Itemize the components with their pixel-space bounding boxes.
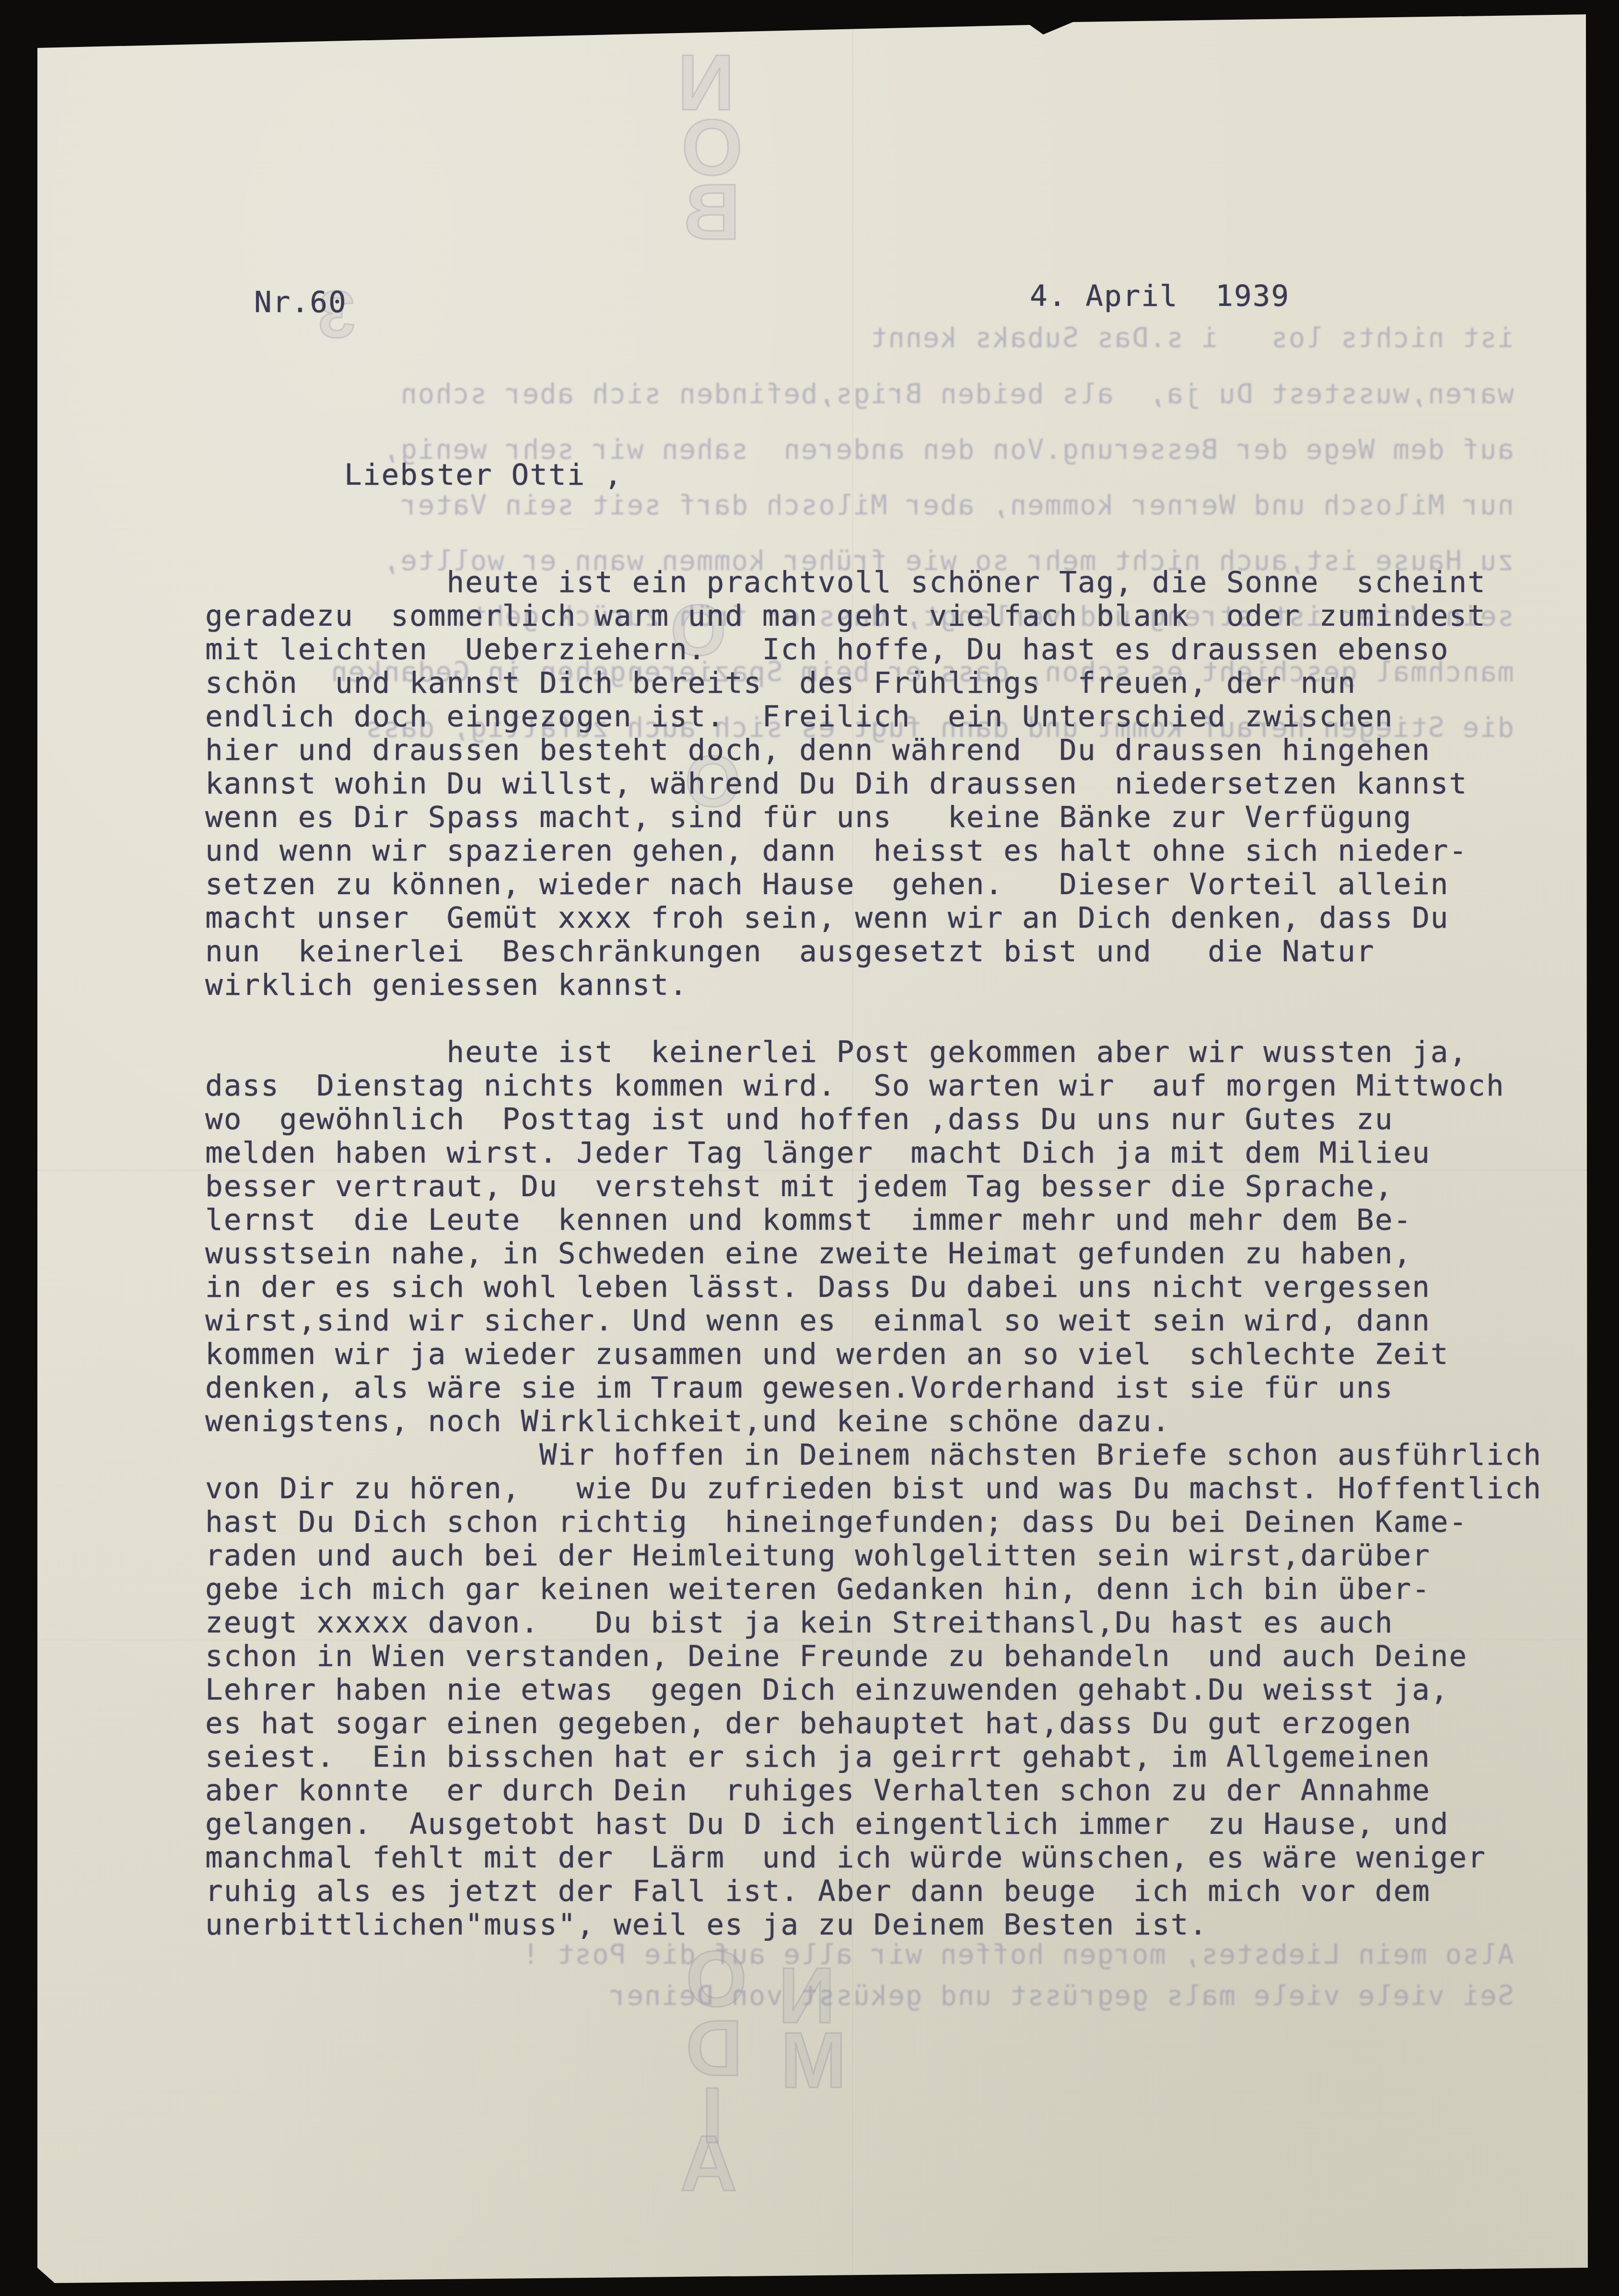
letter-line: schön und kannst Dich bereits des Frühli…: [205, 666, 1509, 700]
letter-line: nun keinerlei Beschränkungen ausgesetzt …: [205, 935, 1509, 968]
bleedthrough-line: Also mein Liebstes, morgen hoffen wir al…: [176, 1938, 1514, 1971]
letter-line: ruhig als es jetzt der Fall ist. Aber da…: [205, 1875, 1509, 1908]
letter-line: geradezu sommerlich warm und man geht vi…: [205, 599, 1509, 633]
letter-line: in der es sich wohl leben lässt. Dass Du…: [205, 1270, 1509, 1304]
letter-line: raden und auch bei der Heimleitung wohlg…: [205, 1539, 1509, 1573]
letter-paragraph: heute ist ein prachtvoll schöner Tag, di…: [205, 566, 1509, 1002]
letter-line: wirst,sind wir sicher. Und wenn es einma…: [205, 1304, 1509, 1338]
letter-line: wenn es Dir Spass macht, sind für uns ke…: [205, 801, 1509, 834]
bleedthrough-line: ist nichts los i s.Das Subaks kennt: [176, 321, 1514, 355]
letter-line: heute ist keinerlei Post gekommen aber w…: [205, 1036, 1509, 1069]
letter-line: kommen wir ja wieder zusammen und werden…: [205, 1338, 1509, 1371]
letter-line: unerbittlichen"muss", weil es ja zu Dein…: [205, 1908, 1509, 1942]
letter-line: es hat sogar einen gegeben, der behaupte…: [205, 1707, 1509, 1740]
letter-number: Nr.60: [254, 285, 347, 319]
letter-line: heute ist ein prachtvoll schöner Tag, di…: [205, 566, 1509, 599]
salutation: Liebster Otti ,: [344, 458, 623, 492]
letter-line: lernst die Leute kennen und kommst immer…: [205, 1203, 1509, 1237]
letter-line: kannst wohin Du willst, während Du Dih d…: [205, 767, 1509, 801]
letter-line: und wenn wir spazieren gehen, dann heiss…: [205, 834, 1509, 868]
letter-line: setzen zu können, wieder nach Hause gehe…: [205, 868, 1509, 901]
watermark-letter: M: [780, 2021, 846, 2100]
letter-line: wo gewöhnlich Posttag ist und hoffen ,da…: [205, 1103, 1509, 1136]
letter-line: wenigstens, noch Wirklichkeit,und keine …: [205, 1405, 1509, 1438]
letter-line: endlich doch eingezogen ist. Freilich ei…: [205, 700, 1509, 734]
letter-line: aber konnte er durch Dein ruhiges Verhal…: [205, 1774, 1509, 1807]
letter-date: 4. April 1939: [1030, 279, 1290, 313]
letter-line: seiest. Ein bisschen hat er sich ja geir…: [205, 1740, 1509, 1774]
letter-line: gebe ich mich gar keinen weiteren Gedank…: [205, 1573, 1509, 1606]
letter-line: wirklich geniessen kannst.: [205, 968, 1509, 1002]
letter-line: wusstsein nahe, in Schweden eine zweite …: [205, 1237, 1509, 1270]
watermark-letter: B: [683, 173, 740, 252]
letter-line: dass Dienstag nichts kommen wird. So war…: [205, 1069, 1509, 1103]
letter-line: schon in Wien verstanden, Deine Freunde …: [205, 1640, 1509, 1673]
letter-line: denken, als wäre sie im Traum gewesen.Vo…: [205, 1371, 1509, 1405]
bleedthrough-line: nur Milosch und Werner kommen, aber Milo…: [176, 489, 1514, 522]
letter-line: besser vertraut, Du verstehst mit jedem …: [205, 1170, 1509, 1203]
letter-line: hier und draussen besteht doch, denn wäh…: [205, 734, 1509, 767]
letter-paper: NOB3OOONDMIA ist nichts los i s.Das Suba…: [37, 14, 1588, 2283]
watermark-letter: A: [680, 2124, 737, 2203]
letter-body: heute ist ein prachtvoll schöner Tag, di…: [205, 566, 1509, 1942]
letter-line: Wir hoffen in Deinem nächsten Briefe sch…: [205, 1438, 1509, 1472]
letter-paragraph: Wir hoffen in Deinem nächsten Briefe sch…: [205, 1438, 1509, 1942]
letter-line: gelangen. Ausgetobt hast Du D ich eingen…: [205, 1807, 1509, 1841]
letter-line: zeugt xxxxx davon. Du bist ja kein Strei…: [205, 1606, 1509, 1640]
letter-paragraph: heute ist keinerlei Post gekommen aber w…: [205, 1036, 1509, 1438]
scan-page: { "colors":{ "background":"#0d0c0a", "pa…: [0, 0, 1619, 2296]
letter-line: macht unser Gemüt xxxx froh sein, wenn w…: [205, 901, 1509, 935]
letter-line: Lehrer haben nie etwas gegen Dich einzuw…: [205, 1673, 1509, 1707]
bleedthrough-line: waren,wusstest Du ja, als beiden Brigs,b…: [176, 377, 1514, 411]
bleedthrough-line: Sei viele viele mals gegrüsst und geküss…: [176, 1979, 1514, 2013]
letter-line: hast Du Dich schon richtig hineingefunde…: [205, 1505, 1509, 1539]
letter-line: melden haben wirst. Jeder Tag länger mac…: [205, 1136, 1509, 1170]
letter-line: mit leichten Ueberziehern. Ich hoffe, Du…: [205, 633, 1509, 666]
letter-line: von Dir zu hören, wie Du zufrieden bist …: [205, 1472, 1509, 1505]
letter-line: manchmal fehlt mit der Lärm und ich würd…: [205, 1841, 1509, 1875]
